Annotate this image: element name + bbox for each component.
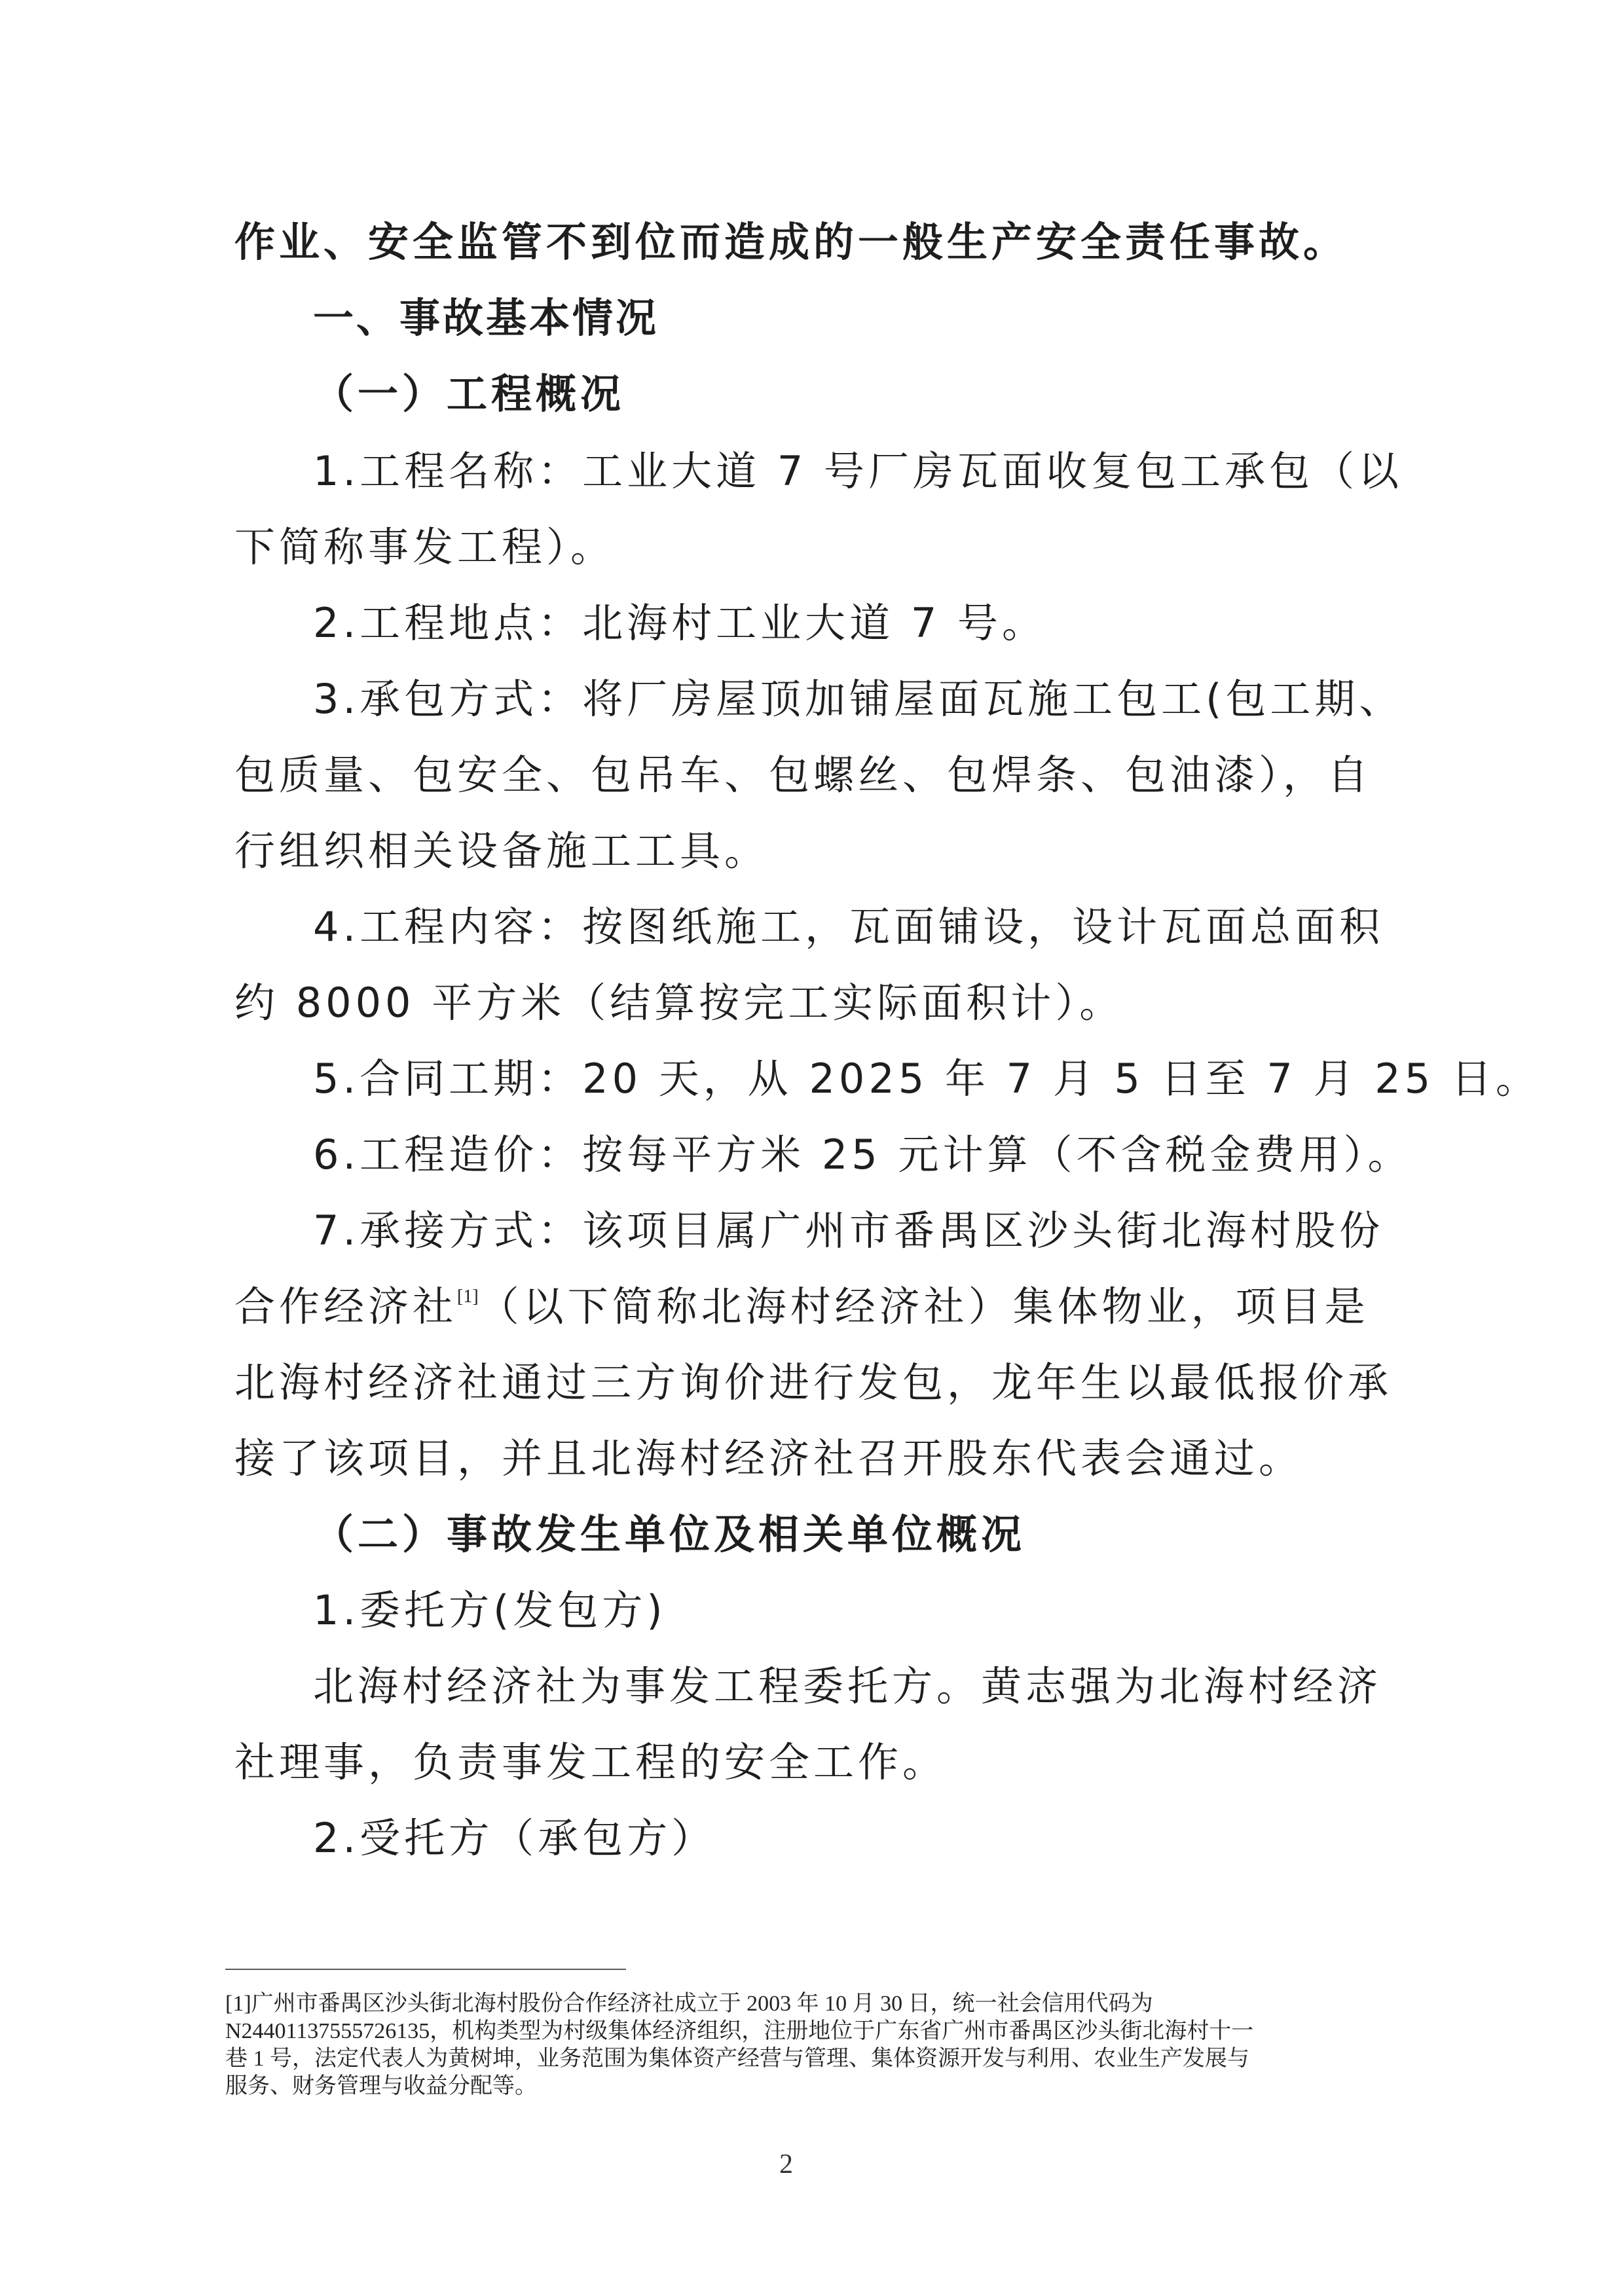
paragraph-line: 包质量、包安全、包吊车、包螺丝、包焊条、包油漆），自 [234,749,1374,801]
footnote-line: 服务、财务管理与收益分配等。 [225,2073,1391,2100]
subsection-heading: （二）事故发生单位及相关单位概况 [313,1508,1452,1561]
paragraph-line: 下简称事发工程）。 [234,521,1374,574]
footnote: [1]广州市番禺区沙头街北海村股份合作经济社成立于 2003 年 10 月 30… [225,1990,1391,2100]
footnote-line: [1]广州市番禺区沙头街北海村股份合作经济社成立于 2003 年 10 月 30… [225,1990,1391,2018]
footnote-reference[interactable]: [1] [457,1286,479,1307]
paragraph-line: 北海村经济社通过三方询价进行发包，龙年生以最低报价承 [234,1357,1374,1409]
paragraph-line: 7.承接方式：该项目属广州市番禺区沙头街北海村股份 [313,1205,1452,1257]
section-heading: 一、事故基本情况 [313,292,1452,344]
paragraph-line: 2.工程地点：北海村工业大道 7 号。 [313,597,1452,649]
paragraph-line: 接了该项目，并且北海村经济社召开股东代表会通过。 [234,1432,1374,1485]
paragraph-line: 行组织相关设备施工工具。 [234,825,1374,877]
paragraph-line: 作业、安全监管不到位而造成的一般生产安全责任事故。 [234,216,1374,268]
paragraph-line: 合作经济社[1]（以下简称北海村经济社）集体物业，项目是 [234,1281,1374,1333]
page-number: 2 [779,2149,793,2180]
line-text: 合作经济社 [234,1283,457,1330]
paragraph-line: 4.工程内容：按图纸施工，瓦面铺设，设计瓦面总面积 [313,901,1452,953]
paragraph-line: 1.委托方(发包方) [313,1584,1452,1637]
subsection-heading: （一）工程概况 [313,368,1452,420]
line-text: （以下简称北海村经济社）集体物业，项目是 [479,1283,1369,1330]
document-page: 作业、安全监管不到位而造成的一般生产安全责任事故。 一、事故基本情况 （一）工程… [0,0,1624,2296]
footnote-line: 巷 1 号，法定代表人为黄树坤，业务范围为集体资产经营与管理、集体资源开发与利用… [225,2045,1391,2073]
paragraph-line: 社理事，负责事发工程的安全工作。 [234,1736,1374,1789]
paragraph-line: 北海村经济社为事发工程委托方。黄志强为北海村经济 [313,1660,1452,1713]
paragraph-line: 2.受托方（承包方） [313,1812,1452,1865]
paragraph-line: 约 8000 平方米（结算按完工实际面积计）。 [234,977,1374,1029]
paragraph-line: 1.工程名称：工业大道 7 号厂房瓦面收复包工承包（以 [313,445,1452,498]
paragraph-line: 3.承包方式：将厂房屋顶加铺屋面瓦施工包工(包工期、 [313,673,1452,725]
footnote-divider [225,1969,626,1970]
paragraph-line: 6.工程造价：按每平方米 25 元计算（不含税金费用）。 [313,1129,1452,1181]
paragraph-line: 5.合同工期：20 天，从 2025 年 7 月 5 日至 7 月 25 日。 [313,1053,1452,1105]
footnote-line: N2440113755572613​5，机构类型为村级集体经济组织，注册地位于广… [225,2018,1391,2045]
